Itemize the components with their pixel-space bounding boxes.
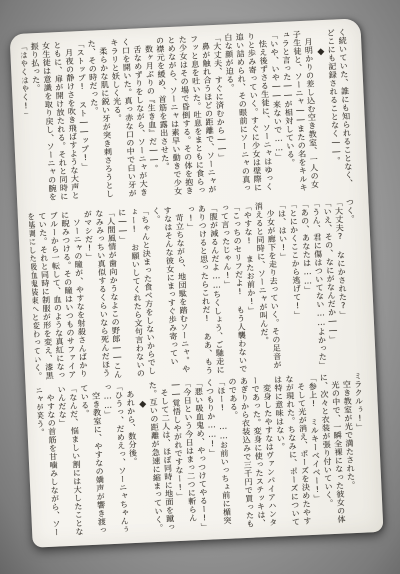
text-band-middle: つく。「大丈夫? なにかされた?」「いえ、その、なにがなんだか――」「うん、君に… [29, 198, 363, 384]
text-area: く続いていた、誰にも知られることなく、どこにも記録されることなく――。◆月明かり… [21, 28, 370, 538]
text-band-bottom: ミラクルぅ!」空き教室が光で満たされた。光の中で、一瞬全裸になった彼女の体に、次… [37, 372, 371, 539]
paragraph: そして光が消え、ポーズを決めたやすなが現れた。ちなみに、ポーズについては特に意味… [272, 374, 313, 527]
paragraph: 怯え後ずさる生徒に、ソーニャはゆっくりと歩み寄っていく。すぐに少女は壁際に追い詰… [222, 32, 275, 201]
paragraph: 変身したやすなはヴァンパイアハンターであった。変身に使ったステッキは、あぎりから… [226, 376, 278, 530]
paragraph: ソーニャの瞳が、やすなを射殺さんばかりに睨みつける。その瞳はいつものサファイアブ… [29, 210, 90, 383]
text-band-top: く続いていた、誰にも知られることなく、どこにも記録されることなく――。◆月明かり… [21, 28, 355, 210]
scanned-page: く続いていた、誰にも知られることなく、どこにも記録されることなく――。◆月明かり… [10, 18, 384, 547]
paragraph: 月夜の静けさを吹き飛ばすような大声とともに、扉が開け放たれる。それと同時に女生徒… [29, 40, 82, 209]
paragraph: 鼻が触れ合うほどの距離で、ソーニャがフッと息を吐いた。吐息をまともに食らった少女… [154, 34, 219, 203]
